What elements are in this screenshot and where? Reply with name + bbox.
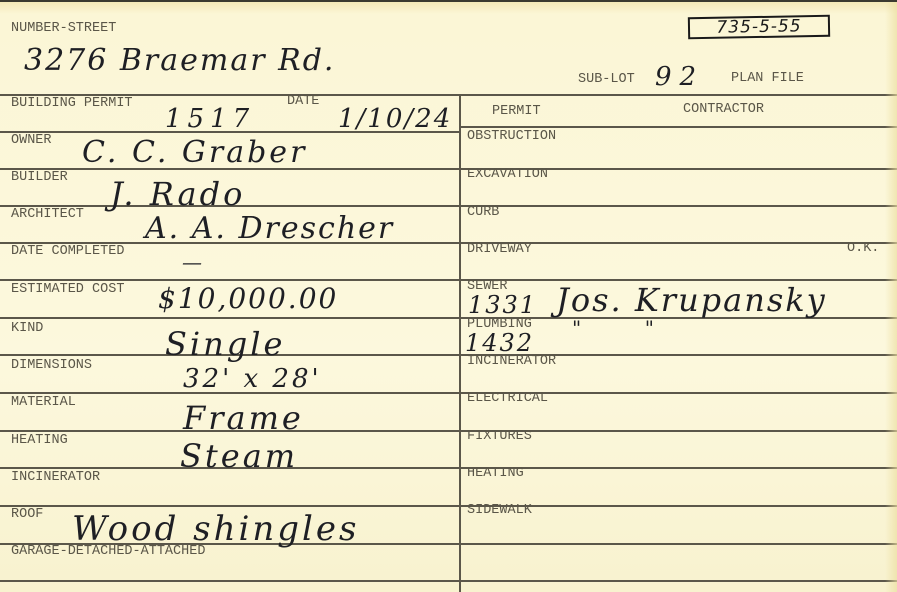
plan-file-label: PLAN FILE xyxy=(731,72,804,86)
field-label: BUILDER xyxy=(11,171,68,185)
sub-lot-value: 92 xyxy=(655,64,704,90)
rule-line xyxy=(0,94,897,96)
field-label: DIMENSIONS xyxy=(11,359,92,373)
permit-date-value: 1/10/24 xyxy=(338,106,452,132)
kind-value: Single xyxy=(165,328,285,360)
permit-label: SIDEWALK xyxy=(467,504,532,518)
building-permit-value: 1517 xyxy=(165,106,255,132)
builder-value: J. Rado xyxy=(110,178,245,210)
sub-lot-label: SUB-LOT xyxy=(578,73,635,87)
field-label: DATE COMPLETED xyxy=(11,245,124,259)
field-label: ROOF xyxy=(11,508,43,522)
number-street-label: NUMBER-STREET xyxy=(11,22,116,36)
heating-value: Steam xyxy=(180,440,298,472)
contractor-column-header: CONTRACTOR xyxy=(683,103,764,117)
column-divider xyxy=(459,94,461,592)
rule-line xyxy=(0,505,897,507)
estimated-cost-value: $10,000.00 xyxy=(158,285,338,313)
sewer-contractor: Jos. Krupansky xyxy=(556,284,827,316)
field-label: OWNER xyxy=(11,134,52,148)
field-label: MATERIAL xyxy=(11,396,76,410)
field-label: ESTIMATED COST xyxy=(11,283,124,297)
rule-line xyxy=(0,580,897,582)
rule-line xyxy=(0,392,897,394)
rule-line xyxy=(0,354,897,356)
roof-value: Wood shingles xyxy=(72,512,359,546)
permit-label: DRIVEWAY xyxy=(467,243,532,257)
field-label: BUILDING PERMIT xyxy=(11,97,133,111)
permit-label: INCINERATOR xyxy=(467,355,556,369)
file-number: 735-5-55 xyxy=(716,16,802,37)
permit-date-label: DATE xyxy=(287,95,319,109)
architect-value: A. A. Drescher xyxy=(145,214,394,244)
permit-column-header: PERMIT xyxy=(492,105,541,119)
rule-line xyxy=(0,430,897,432)
permit-label: OBSTRUCTION xyxy=(467,130,556,144)
material-value: Frame xyxy=(183,402,304,434)
rule-line xyxy=(459,126,897,128)
owner-value: C. C. Graber xyxy=(82,138,307,168)
permit-label: EXCAVATION xyxy=(467,168,548,182)
dimensions-value: 32' x 28' xyxy=(183,366,322,392)
date-completed-value: — xyxy=(182,252,202,272)
plumbing-contractor: " " xyxy=(572,318,654,338)
permit-label: CURB xyxy=(467,206,499,220)
field-label: KIND xyxy=(11,322,43,336)
number-street-value: 3276 Braemar Rd. xyxy=(24,46,335,76)
permit-label: ELECTRICAL xyxy=(467,392,548,406)
permit-label: FIXTURES xyxy=(467,430,532,444)
permit-card: 735-5-55 NUMBER-STREET 3276 Braemar Rd. … xyxy=(0,0,897,592)
field-label: INCINERATOR xyxy=(11,471,100,485)
rule-line xyxy=(0,242,897,244)
plumbing-permit-number: 1432 xyxy=(465,331,534,355)
field-label: HEATING xyxy=(11,434,68,448)
sewer-permit-number: 1331 xyxy=(468,293,537,317)
rule-line xyxy=(0,467,897,469)
permit-label: HEATING xyxy=(467,467,524,481)
file-number-box: 735-5-55 xyxy=(688,15,830,39)
field-label: ARCHITECT xyxy=(11,208,84,222)
driveway-note: O.K. xyxy=(847,242,879,256)
